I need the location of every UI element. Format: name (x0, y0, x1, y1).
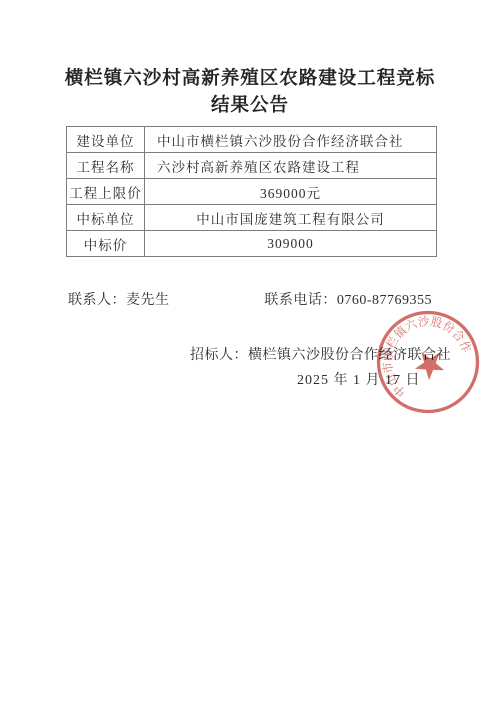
table-row: 中标单位 中山市国庞建筑工程有限公司 (67, 205, 437, 231)
announcement-page: 横栏镇六沙村高新养殖区农路建设工程竞标 结果公告 建设单位 中山市横栏镇六沙股份… (0, 0, 500, 707)
table-row: 中标价 309000 (67, 231, 437, 257)
row-label: 建设单位 (67, 127, 145, 153)
date-line: 2025 年 1 月 17 日 (297, 369, 421, 389)
row-value: 六沙村高新养殖区农路建设工程 (145, 153, 437, 179)
contact-person: 联系人：麦先生 (68, 289, 170, 309)
bid-info-table: 建设单位 中山市横栏镇六沙股份合作经济联合社 工程名称 六沙村高新养殖区农路建设… (66, 126, 437, 257)
table-row: 工程上限价 369000元 (67, 179, 437, 205)
row-label: 工程名称 (67, 153, 145, 179)
row-value: 中山市横栏镇六沙股份合作经济联合社 (145, 127, 437, 153)
page-title: 横栏镇六沙村高新养殖区农路建设工程竞标 结果公告 (0, 66, 500, 120)
row-value: 369000元 (145, 179, 437, 205)
row-label: 中标价 (67, 231, 145, 257)
bid-inviter-line: 招标人：横栏镇六沙股份合作经济联合社 (190, 344, 451, 364)
table-row: 建设单位 中山市横栏镇六沙股份合作经济联合社 (67, 127, 437, 153)
row-value: 309000 (145, 231, 437, 257)
contact-line: 联系人：麦先生 联系电话：0760-87769355 (68, 289, 432, 309)
row-value: 中山市国庞建筑工程有限公司 (145, 205, 437, 231)
table-row: 工程名称 六沙村高新养殖区农路建设工程 (67, 153, 437, 179)
row-label: 工程上限价 (67, 179, 145, 205)
contact-phone: 联系电话：0760-87769355 (264, 289, 432, 309)
row-label: 中标单位 (67, 205, 145, 231)
